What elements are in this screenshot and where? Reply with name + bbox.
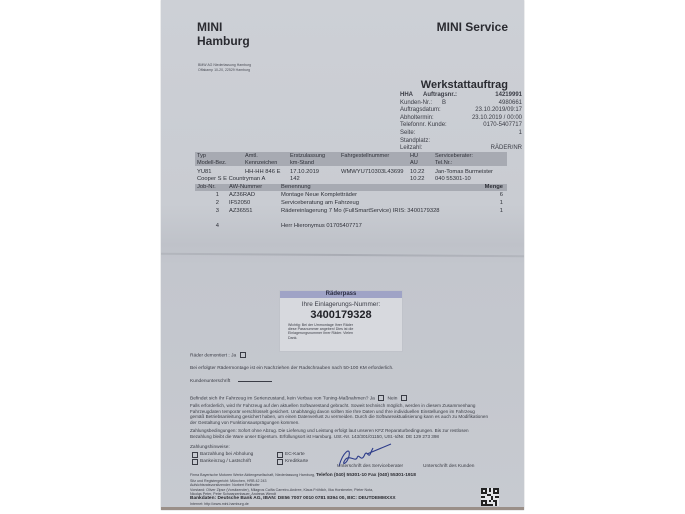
ja-label: Ja (370, 396, 375, 401)
meta-label: Telefonnr. Kunde: (400, 122, 447, 130)
job-row: 3AZ36551Rädereinlagerung 7 Mo (FullSmart… (195, 208, 507, 223)
col-aw-nummer: AW-Nummer (229, 184, 262, 191)
payment-option-cash[interactable]: Barzahlung bei Abholung (190, 451, 275, 458)
payment-option-debit[interactable]: Bankeinzug / Lastschrift (190, 458, 275, 465)
job-no: 2 (209, 200, 219, 208)
job-row: 1AZ36RADMontage Neue Kompletträder6 (195, 192, 507, 200)
cell-line: Kennzeichen (245, 160, 277, 167)
payment-title: Zahlungshinweise: (190, 444, 335, 451)
vehicle-table-header: TypModell-Bez.Amtl.KennzeichenErstzulass… (195, 152, 507, 166)
meta-middle (451, 107, 476, 115)
meta-label: Abholtermin: (400, 115, 434, 123)
address-line-2: Offakamp 10-20, 22529 Hamburg (198, 68, 251, 73)
cell-line: 040 55301-10 (435, 176, 493, 183)
order-meta-row: Seite:1 (400, 130, 522, 138)
meta-value: 23.10.2019/09:17 (475, 107, 522, 115)
order-meta-row: Telefonnr. Kunde:0170-5407717 (400, 122, 522, 130)
order-meta: HHAAuftragsnr.:14219991Kunden-Nr.:B49806… (400, 92, 522, 153)
kundenunterschrift-line: Kundenunterschrift (190, 379, 272, 384)
ja-checkbox[interactable] (240, 352, 246, 358)
raederpass-title: Räderpass (280, 291, 402, 298)
col-menge: Menge (485, 184, 503, 191)
cell-line: Fahrgestellnummer (341, 153, 389, 160)
ja-checkbox[interactable] (378, 395, 384, 401)
brand-line-2: Hamburg (197, 34, 250, 48)
serviceberater-signature-label: Unterschrift des Serviceberater (337, 464, 403, 469)
meta-label: Kunden-Nr.: (400, 100, 432, 108)
vehicle-cell-erstzulassung: 17.10.2019142 (290, 169, 319, 182)
meta-value: 23.10.2019 / 00:00 (472, 115, 522, 123)
col-benennung: Benennung (281, 184, 311, 191)
vehicle-header-typ: TypModell-Bez. (197, 153, 227, 166)
cell-line: km-Stand (290, 160, 325, 167)
vehicle-header-fahrgestellnummer: Fahrgestellnummer (341, 153, 389, 160)
cell-line: 17.10.2019 (290, 169, 319, 176)
job-desc: Montage Neue Kompletträder (281, 192, 471, 200)
customer-signature-label: Unterschrift des Kunden (423, 464, 474, 469)
cell-line: AU (410, 160, 418, 167)
checkbox[interactable] (192, 452, 198, 458)
vehicle-cell-kennzeichen: HH-HH 846 E (245, 169, 280, 176)
job-no: 3 (209, 208, 219, 216)
footer-company: Firma Bayerische Motoren Werke Aktienges… (190, 473, 314, 477)
job-no: 1 (209, 192, 219, 200)
job-qty: 1 (500, 200, 503, 208)
nachziehen-note: Bei erfolgter Rädermontage ist ein Nachz… (190, 366, 393, 371)
meta-value: 14219991 (495, 92, 522, 100)
option-label: Barzahlung bei Abholung (200, 451, 253, 458)
brand-logo-text: MINI Hamburg (197, 20, 250, 48)
job-aw: AZ36551 (229, 208, 253, 216)
meta-middle: Auftragsnr.: (423, 92, 495, 100)
nein-label: Nein (388, 396, 398, 401)
payment-options: Zahlungshinweise: Barzahlung bei Abholun… (190, 444, 335, 465)
order-meta-row: Auftragsdatum:23.10.2019/09:17 (400, 107, 522, 115)
job-desc: Rädereinlagerung 7 Mo (FullSmartService)… (281, 208, 471, 216)
job-desc: Herr Hieronymus 01705407717 (281, 223, 471, 231)
dealer-address: BMW AG Niederlassung Hamburg Offakamp 10… (198, 63, 251, 73)
qr-code-icon (481, 488, 499, 506)
raederpass-note: Wichtig: Bei der Ummontage Ihrer Räder d… (288, 323, 360, 340)
kundenunterschrift-label: Kundenunterschrift (190, 379, 230, 384)
ja-label: Ja (231, 353, 236, 358)
vehicle-cell-serviceberater: Jan-Tomas Burmeister040 55301-10 (435, 169, 493, 182)
serienzustand-line: Befindet sich Ihr Fahrzeug im Serienzust… (190, 395, 409, 401)
order-meta-row: HHAAuftragsnr.:14219991 (400, 92, 522, 100)
meta-value: 1 (519, 130, 522, 138)
meta-middle (444, 115, 472, 123)
cell-line: Serviceberater: (435, 153, 473, 160)
meta-label: Seite: (400, 130, 415, 138)
meta-value: 0170-5407717 (483, 122, 522, 130)
job-row: 2IF52050Serviceberatung am Fahrzeug1 (195, 200, 507, 208)
job-desc: Serviceberatung am Fahrzeug (281, 200, 471, 208)
footer-web: Internet: http://www.mini-hamburg.de (190, 502, 450, 507)
raederpass-label: Ihre Einlagerungs-Nummer: (280, 301, 402, 308)
meta-label: Auftragsdatum: (400, 107, 441, 115)
raeder-demontiert-line: Räder demontiert : Ja (190, 352, 248, 358)
nein-checkbox[interactable] (401, 395, 407, 401)
meta-middle (457, 122, 484, 130)
raeder-demontiert-label: Räder demontiert : (190, 353, 230, 358)
vehicle-header-kennzeichen: Amtl.Kennzeichen (245, 153, 277, 166)
cell-line: Erstzulassung (290, 153, 325, 160)
job-row: 4Herr Hieronymus 01705407717 (195, 223, 507, 231)
cell-line: WMWYU710303L43699 (341, 169, 404, 176)
cell-line: Tel.Nr.: (435, 160, 473, 167)
cell-line: Modell-Bez. (197, 160, 227, 167)
document-page: MINI Hamburg MINI Service BMW AG Niederl… (161, 0, 524, 510)
jobs-table-body: 1AZ36RADMontage Neue Kompletträder62IF52… (195, 192, 507, 230)
job-no: 4 (209, 223, 219, 231)
order-meta-row: Kunden-Nr.:B4980661 (400, 100, 522, 108)
cell-line: HH-HH 846 E (245, 169, 280, 176)
checkbox[interactable] (277, 452, 283, 458)
service-title: MINI Service (437, 20, 508, 34)
jobs-table-header: Job-Nr. AW-Nummer Benennung Menge (195, 184, 507, 191)
footer-phone: Telefon (040) 55301-10 Fax (040) 55301-1… (316, 473, 416, 478)
serienzustand-question: Befindet sich Ihr Fahrzeug im Serienzust… (190, 396, 368, 401)
job-aw: AZ36RAD (229, 192, 255, 200)
vehicle-header-serviceberater: Serviceberater:Tel.Nr.: (435, 153, 473, 166)
meta-middle: B (442, 100, 499, 108)
cell-line: 10.22 (410, 169, 425, 176)
vehicle-header-erstzulassung: Erstzulassungkm-Stand (290, 153, 325, 166)
cell-line: 10.22 (410, 176, 425, 183)
option-label: Bankeinzug / Lastschrift (200, 458, 251, 465)
cell-line: Jan-Tomas Burmeister (435, 169, 493, 176)
checkbox[interactable] (277, 459, 283, 465)
meta-label: Standplatz: (400, 138, 430, 146)
job-qty: 1 (500, 208, 503, 216)
checkbox[interactable] (192, 459, 198, 465)
job-qty: 6 (500, 192, 503, 200)
page-edge (161, 507, 524, 510)
col-job-nr: Job-Nr. (197, 184, 216, 191)
document-title: Werkstattauftrag (421, 79, 508, 91)
company-footer: Firma Bayerische Motoren Werke Aktienges… (190, 473, 450, 506)
vehicle-cell-fahrgestellnummer: WMWYU710303L43699 (341, 169, 404, 176)
payment-terms: Zahlungsbedingungen: Sofort ohne Abzug. … (190, 428, 490, 439)
storage-number: 3400179328 (280, 309, 402, 321)
payment-option-credit[interactable]: Kreditkarte (275, 458, 335, 465)
raederpass-box: Räderpass Ihre Einlagerungs-Nummer: 3400… (279, 290, 403, 352)
cell-line: Cooper S E Countryman A (197, 176, 265, 183)
option-label: Kreditkarte (285, 458, 308, 465)
meta-label: HHA (400, 92, 413, 100)
paper-fold (161, 253, 524, 258)
vehicle-table-row: YU81Cooper S E Countryman AHH-HH 846 E17… (195, 168, 507, 182)
meta-value: 4980661 (499, 100, 522, 108)
cell-line: 142 (290, 176, 319, 183)
payment-option-ec[interactable]: EC-Karte (275, 451, 335, 458)
order-meta-row: Abholtermin:23.10.2019 / 00:00 (400, 115, 522, 123)
meta-middle (425, 130, 518, 138)
option-label: EC-Karte (285, 451, 305, 458)
signature-line (238, 381, 272, 382)
vehicle-cell-hu-au: 10.2210.22 (410, 169, 425, 182)
job-aw: IF52050 (229, 200, 250, 208)
brand-line-1: MINI (197, 20, 250, 34)
cell-line: HU (410, 153, 418, 160)
software-update-note: Falls erforderlich, wird Ihr Fahrzeug au… (190, 403, 490, 426)
vehicle-header-hu-au: HUAU (410, 153, 418, 166)
